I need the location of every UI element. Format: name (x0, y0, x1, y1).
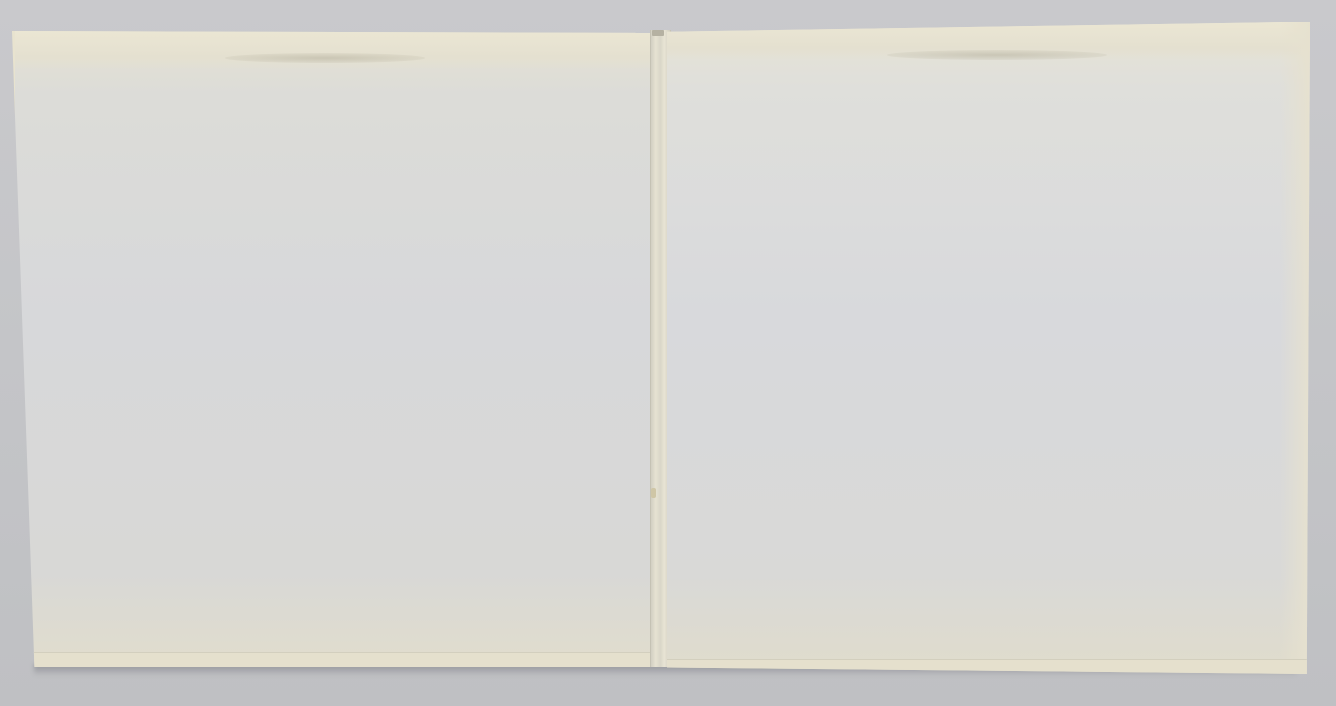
photo-background (0, 0, 1336, 706)
right-folder-panel (667, 22, 1310, 674)
left-panel-stain (225, 53, 425, 63)
left-folder-panel (12, 31, 652, 667)
spine-top-notch (652, 30, 664, 36)
right-panel-stain (887, 50, 1107, 60)
left-panel-bottom-edge (15, 652, 652, 667)
left-panel-top-band (15, 31, 652, 69)
right-panel-right-edge (1280, 22, 1310, 674)
spine-mark (651, 488, 656, 498)
